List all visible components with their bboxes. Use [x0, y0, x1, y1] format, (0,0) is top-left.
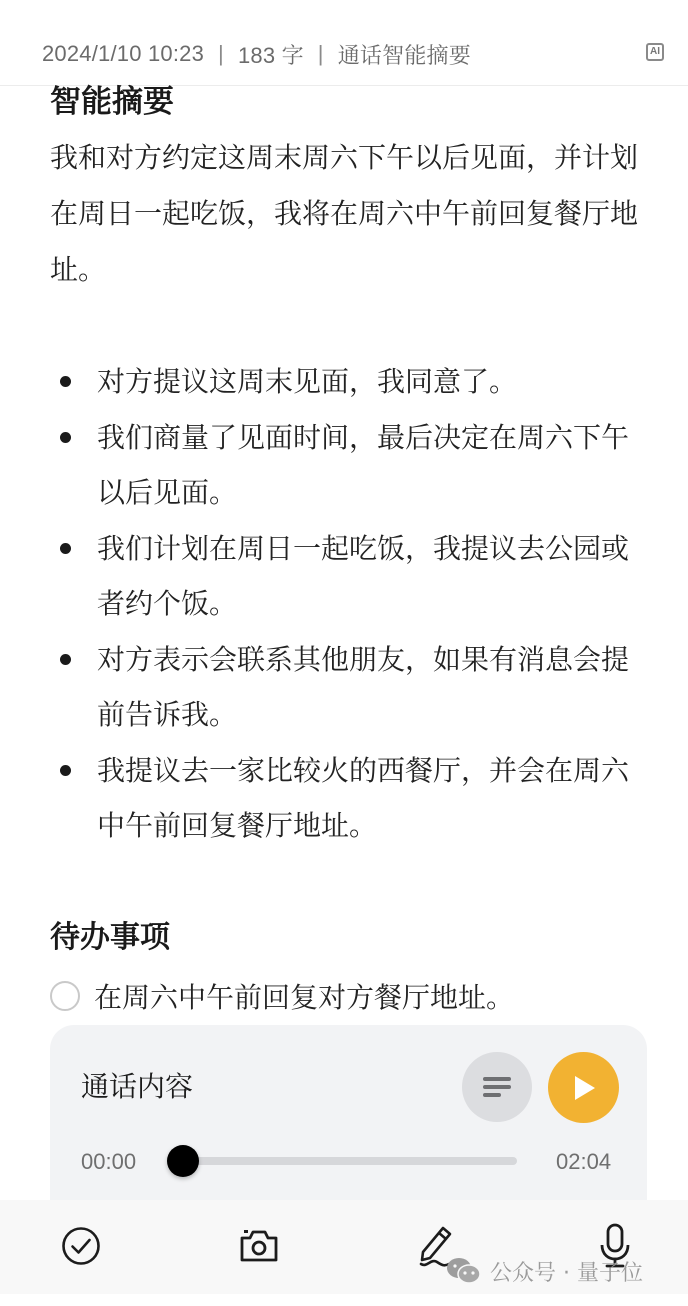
- summary-bullet: 对方提议这周末见面，我同意了。: [50, 354, 650, 410]
- transcript-button[interactable]: [462, 1052, 532, 1122]
- text-lines-icon: [482, 1074, 512, 1100]
- note-datetime: 2024/1/10 10:23: [42, 41, 204, 67]
- watermark: 公众号 · 量子位: [446, 1256, 643, 1286]
- play-icon: [571, 1074, 597, 1102]
- todo-item[interactable]: 在周六中午前回复对方餐厅地址。: [50, 974, 514, 1018]
- bullet-text: 对方提议这周末见面，我同意了。: [97, 365, 517, 398]
- bullet-text: 对方表示会联系其他朋友，如果有消息会提前告诉我。: [97, 643, 629, 732]
- summary-bullet: 我提议去一家比较火的西餐厅，并会在周六中午前回复餐厅地址。: [50, 743, 650, 854]
- bullet-text: 我们商量了见面时间，最后决定在周六下午以后见面。: [97, 421, 629, 510]
- summary-title: 智能摘要: [50, 82, 174, 122]
- call-content-title: 通话内容: [81, 1067, 193, 1107]
- todo-section-title: 待办事项: [50, 918, 170, 958]
- bullet-text: 我提议去一家比较火的西餐厅，并会在周六中午前回复餐厅地址。: [97, 754, 629, 843]
- playback-slider[interactable]: [183, 1157, 517, 1165]
- camera-icon: [238, 1227, 280, 1265]
- summary-paragraph: 我和对方约定这周末周六下午以后见面，并计划在周日一起吃饭，我将在周六中午前回复餐…: [50, 130, 650, 298]
- camera-button[interactable]: [235, 1222, 283, 1270]
- ai-badge-icon[interactable]: AI: [646, 43, 664, 61]
- playback-slider-thumb[interactable]: [167, 1145, 199, 1177]
- bullet-dot-icon: [60, 543, 71, 554]
- todo-text[interactable]: 在周六中午前回复对方餐厅地址。: [94, 976, 514, 1016]
- checklist-button[interactable]: [57, 1222, 105, 1270]
- note-source: 通话智能摘要: [338, 39, 471, 70]
- meta-separator: |: [318, 41, 324, 67]
- summary-bullet: 我们计划在周日一起吃饭，我提议去公园或者约个饭。: [50, 521, 650, 632]
- word-count: 183 字: [238, 39, 304, 70]
- check-circle-icon: [61, 1226, 101, 1266]
- note-meta: 2024/1/10 10:23 | 183 字 | 通话智能摘要: [42, 36, 471, 72]
- bullet-dot-icon: [60, 376, 71, 387]
- bullet-dot-icon: [60, 432, 71, 443]
- play-button[interactable]: [548, 1052, 619, 1123]
- total-duration: 02:04: [556, 1147, 611, 1177]
- meta-separator: |: [218, 41, 224, 67]
- call-content-card: 通话内容 00:00 02:04: [50, 1025, 647, 1225]
- watermark-text: 公众号 · 量子位: [490, 1256, 643, 1287]
- summary-bullet: 对方表示会联系其他朋友，如果有消息会提前告诉我。: [50, 632, 650, 743]
- bullet-text: 我们计划在周日一起吃饭，我提议去公园或者约个饭。: [97, 532, 629, 621]
- bullet-dot-icon: [60, 654, 71, 665]
- bullet-dot-icon: [60, 765, 71, 776]
- summary-bullet-list: 对方提议这周末见面，我同意了。 我们商量了见面时间，最后决定在周六下午以后见面。…: [50, 354, 650, 854]
- current-time: 00:00: [81, 1147, 136, 1177]
- summary-bullet: 我们商量了见面时间，最后决定在周六下午以后见面。: [50, 410, 650, 521]
- todo-checkbox[interactable]: [50, 981, 80, 1011]
- wechat-icon: [446, 1257, 482, 1285]
